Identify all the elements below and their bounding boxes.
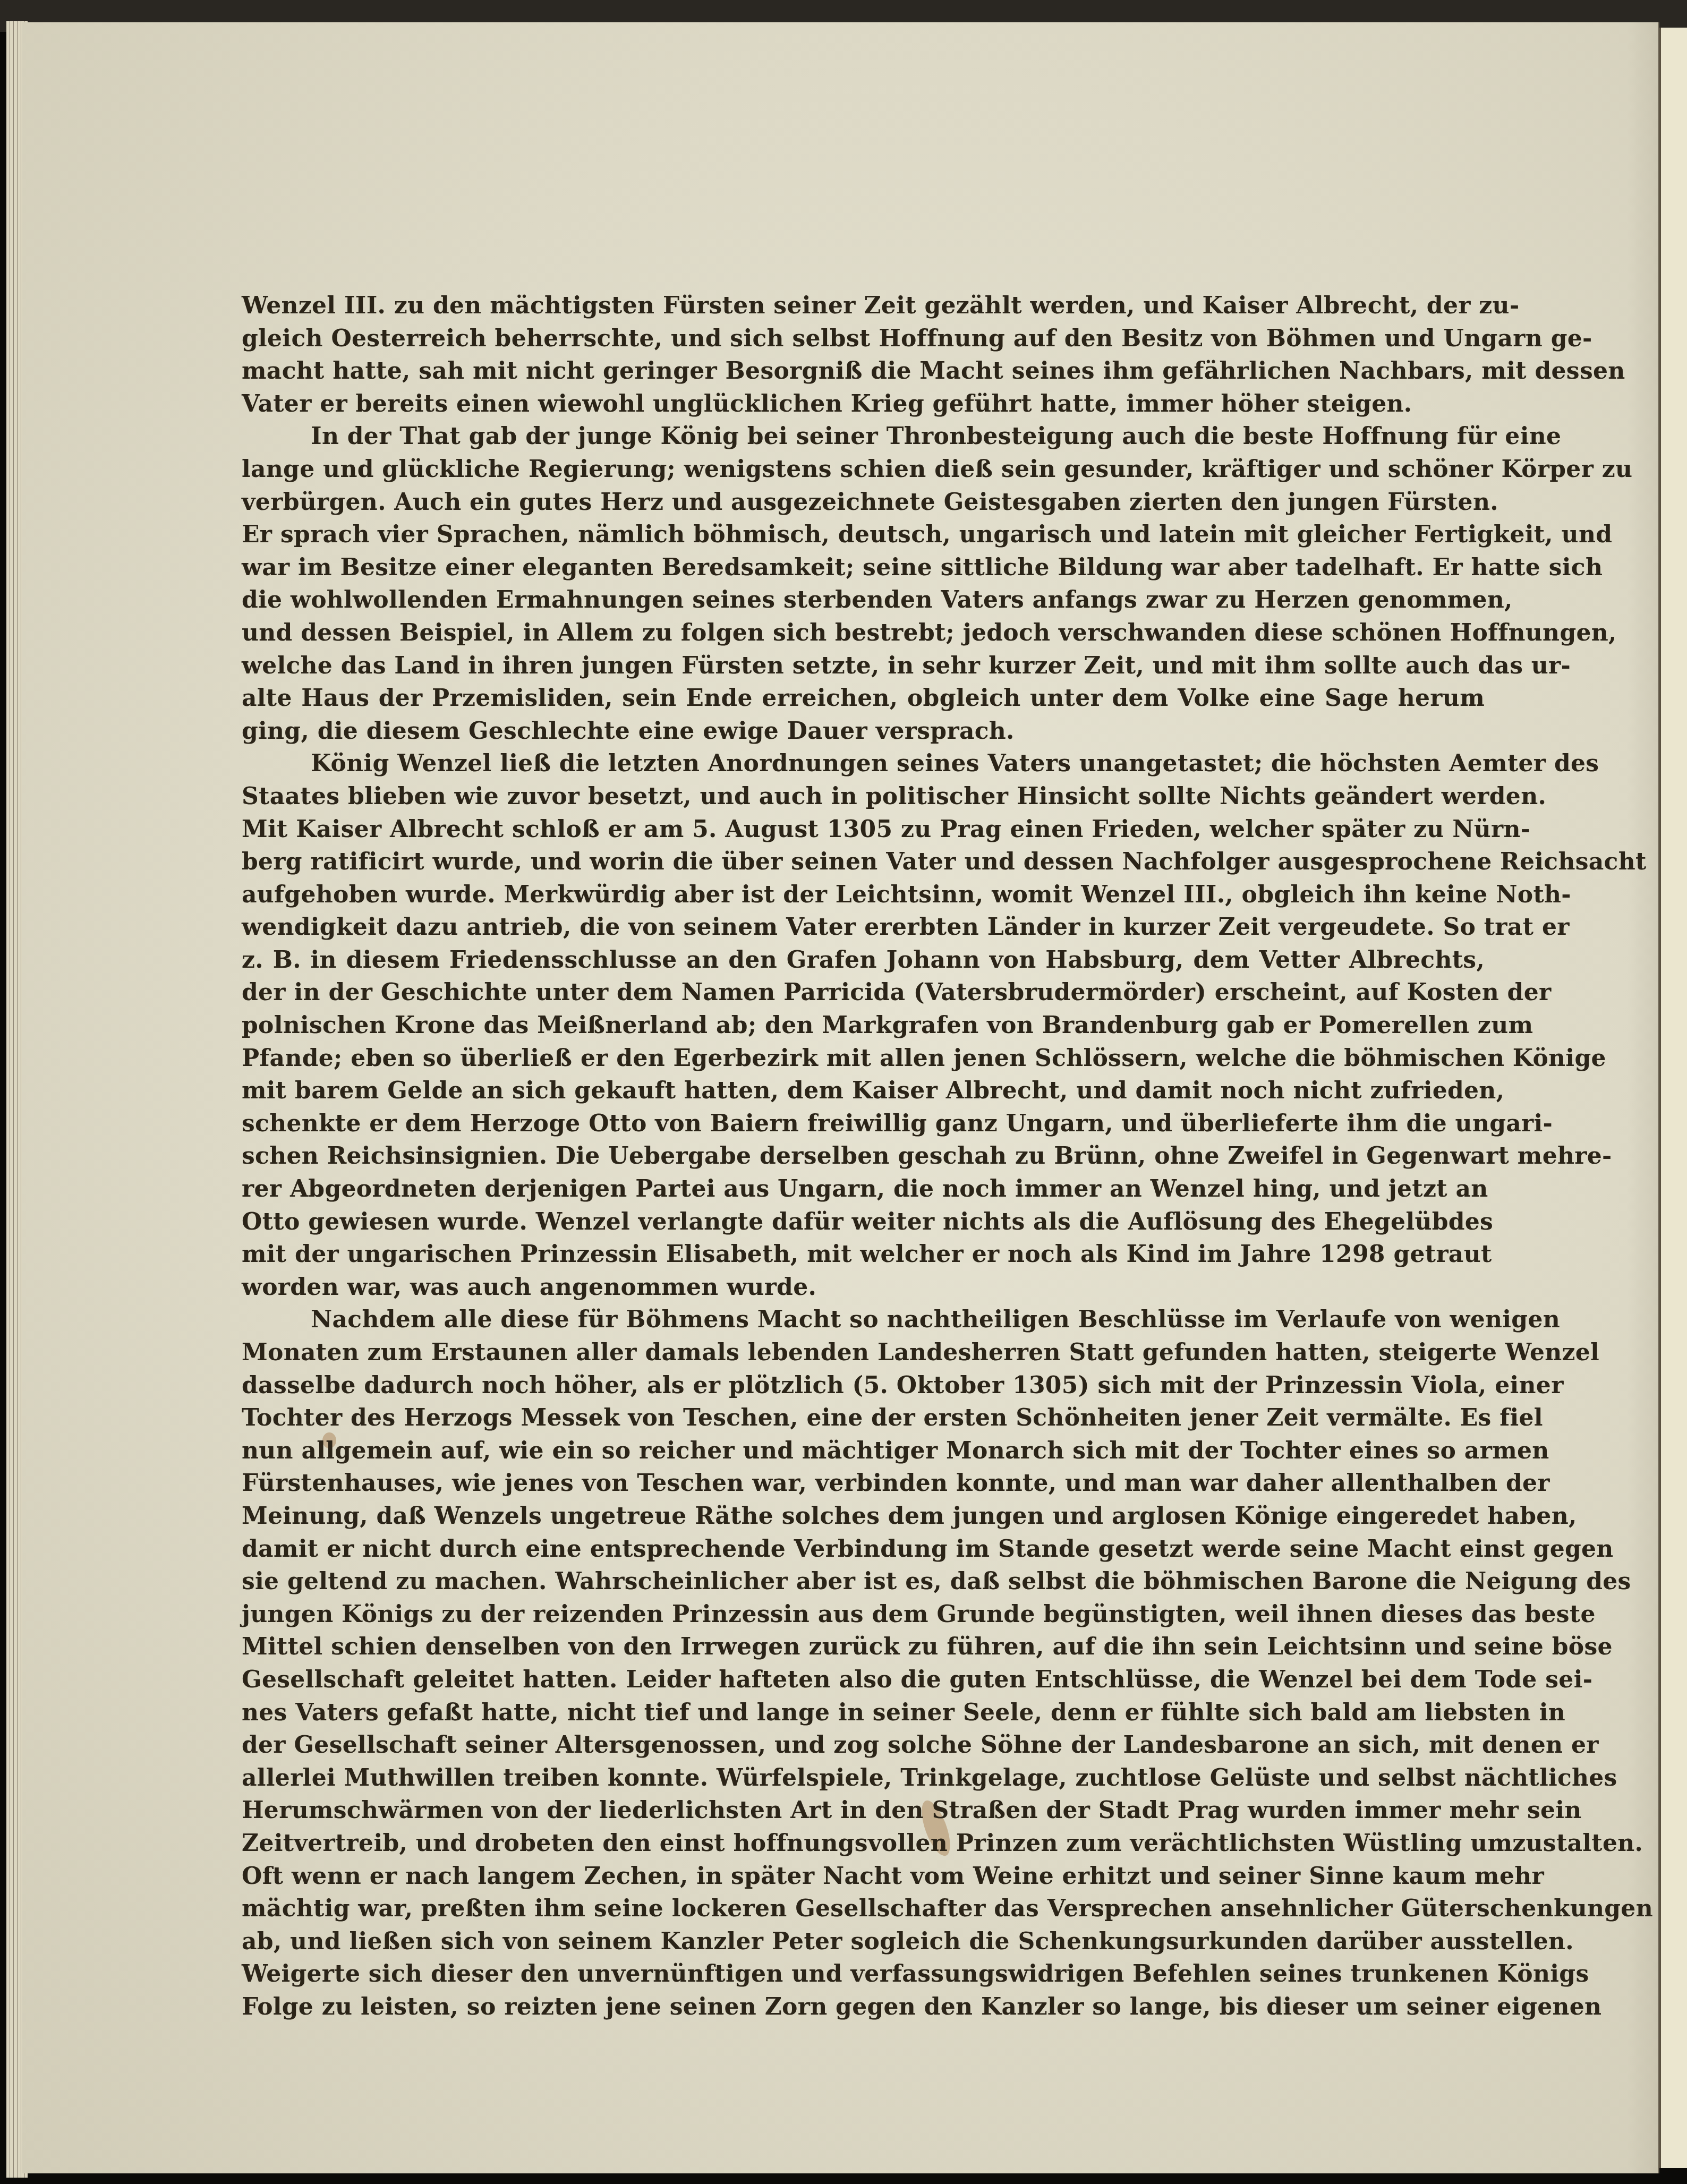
text-line: nes Vaters gefaßt hatte, nicht tief und … bbox=[242, 1696, 1485, 1729]
paragraph: Nachdem alle diese für Böhmens Macht so … bbox=[242, 1303, 1485, 2023]
text-line: mit barem Gelde an sich gekauft hatten, … bbox=[242, 1074, 1485, 1107]
text-line: schenkte er dem Herzoge Otto von Baiern … bbox=[242, 1107, 1485, 1140]
text-line: jungen Königs zu der reizenden Prinzessi… bbox=[242, 1598, 1485, 1631]
text-line: und dessen Beispiel, in Allem zu folgen … bbox=[242, 617, 1485, 650]
text-line: mit der ungarischen Prinzessin Elisabeth… bbox=[242, 1238, 1485, 1271]
text-line: Meinung, daß Wenzels ungetreue Räthe sol… bbox=[242, 1500, 1485, 1533]
text-line: Mittel schien denselben von den Irrwegen… bbox=[242, 1631, 1485, 1663]
text-line: ging, die diesem Geschlechte eine ewige … bbox=[242, 715, 1485, 748]
text-line: Mit Kaiser Albrecht schloß er am 5. Augu… bbox=[242, 813, 1485, 846]
text-line: Zeitvertreib, und drobeten den einst hof… bbox=[242, 1827, 1485, 1860]
text-line: berg ratificirt wurde, und worin die übe… bbox=[242, 846, 1485, 878]
text-line: Vater er bereits einen wiewohl unglückli… bbox=[242, 388, 1485, 421]
text-line: Folge zu leisten, so reizten jene seinen… bbox=[242, 1991, 1485, 2024]
text-line: welche das Land in ihren jungen Fürsten … bbox=[242, 650, 1485, 682]
text-line: verbürgen. Auch ein gutes Herz und ausge… bbox=[242, 486, 1485, 519]
text-line: König Wenzel ließ die letzten Anordnunge… bbox=[242, 747, 1485, 780]
text-line: polnischen Krone das Meißnerland ab; den… bbox=[242, 1009, 1485, 1042]
text-line: der in der Geschichte unter dem Namen Pa… bbox=[242, 976, 1485, 1009]
text-line: lange und glückliche Regierung; wenigste… bbox=[242, 453, 1485, 486]
text-line: gleich Oesterreich beherrschte, und sich… bbox=[242, 322, 1485, 355]
paragraph: In der That gab der junge König bei sein… bbox=[242, 420, 1485, 747]
text-line: aufgehoben wurde. Merkwürdig aber ist de… bbox=[242, 878, 1485, 911]
text-line: In der That gab der junge König bei sein… bbox=[242, 420, 1485, 453]
text-line: allerlei Muthwillen treiben konnte. Würf… bbox=[242, 1762, 1485, 1795]
text-line: macht hatte, sah mit nicht geringer Beso… bbox=[242, 355, 1485, 388]
text-line: wendigkeit dazu antrieb, die von seinem … bbox=[242, 911, 1485, 944]
text-line: die wohlwollenden Ermahnungen seines ste… bbox=[242, 584, 1485, 617]
text-line: z. B. in diesem Friedensschlusse an den … bbox=[242, 944, 1485, 977]
paragraph: Wenzel III. zu den mächtigsten Fürsten s… bbox=[242, 289, 1485, 420]
text-line: alte Haus der Przemisliden, sein Ende er… bbox=[242, 682, 1485, 715]
text-line: Monaten zum Erstaunen aller damals leben… bbox=[242, 1336, 1485, 1369]
text-line: worden war, was auch angenommen wurde. bbox=[242, 1271, 1485, 1304]
text-line: Herumschwärmen von der liederlichsten Ar… bbox=[242, 1794, 1485, 1827]
text-line: Fürstenhauses, wie jenes von Teschen war… bbox=[242, 1467, 1485, 1500]
text-line: Tochter des Herzogs Messek von Teschen, … bbox=[242, 1402, 1485, 1435]
text-line: Weigerte sich dieser den unvernünftigen … bbox=[242, 1958, 1485, 1991]
text-line: damit er nicht durch eine entsprechende … bbox=[242, 1533, 1485, 1566]
text-line: Pfande; eben so überließ er den Egerbezi… bbox=[242, 1042, 1485, 1075]
text-line: Nachdem alle diese für Böhmens Macht so … bbox=[242, 1303, 1485, 1336]
text-line: schen Reichsinsignien. Die Uebergabe der… bbox=[242, 1140, 1485, 1173]
text-line: Otto gewiesen wurde. Wenzel verlangte da… bbox=[242, 1206, 1485, 1239]
paragraph: König Wenzel ließ die letzten Anordnunge… bbox=[242, 747, 1485, 1303]
text-line: der Gesellschaft seiner Altersgenossen, … bbox=[242, 1729, 1485, 1762]
text-line: war im Besitze einer eleganten Beredsamk… bbox=[242, 551, 1485, 584]
text-line: Gesellschaft geleitet hatten. Leider haf… bbox=[242, 1663, 1485, 1696]
text-line: rer Abgeordneten derjenigen Partei aus U… bbox=[242, 1173, 1485, 1206]
text-line: Staates blieben wie zuvor besetzt, und a… bbox=[242, 780, 1485, 813]
text-line: nun allgemein auf, wie ein so reicher un… bbox=[242, 1435, 1485, 1468]
adjacent-page-edge bbox=[1659, 28, 1687, 2168]
text-line: Er sprach vier Sprachen, nämlich böhmisc… bbox=[242, 518, 1485, 551]
text-line: sie geltend zu machen. Wahrscheinlicher … bbox=[242, 1565, 1485, 1598]
text-line: dasselbe dadurch noch höher, als er plöt… bbox=[242, 1369, 1485, 1402]
body-text: Wenzel III. zu den mächtigsten Fürsten s… bbox=[242, 289, 1485, 2023]
text-line: Wenzel III. zu den mächtigsten Fürsten s… bbox=[242, 289, 1485, 322]
text-line: Oft wenn er nach langem Zechen, in späte… bbox=[242, 1860, 1485, 1893]
text-line: ab, und ließen sich von seinem Kanzler P… bbox=[242, 1925, 1485, 1958]
text-line: mächtig war, preßten ihm seine lockeren … bbox=[242, 1892, 1485, 1925]
